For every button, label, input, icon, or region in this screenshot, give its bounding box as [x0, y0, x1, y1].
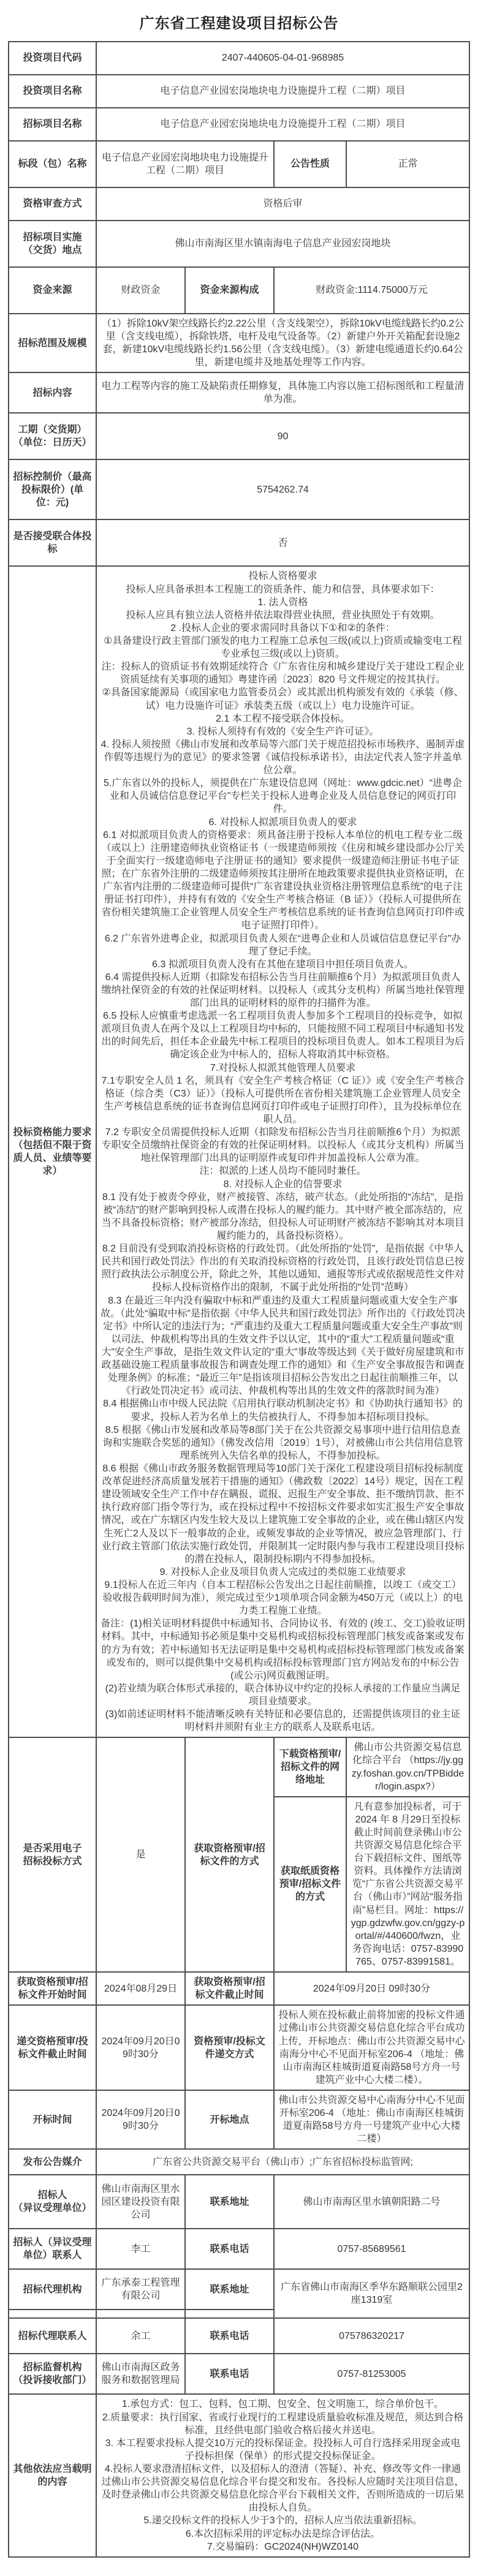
value-bid-submission-deadline: 2024年09月20日09时30分 — [96, 2005, 185, 2090]
value-control-price: 5754262.74 — [96, 459, 469, 519]
value-duration: 90 — [96, 413, 469, 459]
value-tender-name: 电子信息产业园宏岗地块电力设施提升工程（二期）项目 — [96, 108, 469, 141]
value-agency: 广东承泰工程管理有限公司 — [96, 2269, 185, 2310]
label-bid-opening-time: 开标时间 — [9, 2090, 96, 2149]
value-fund-source: 财政资金 — [96, 267, 185, 314]
value-location: 佛山市南海区里水镇南海电子信息产业园宏岗地块 — [96, 221, 469, 267]
value-tender-content: 电力工程等内容的施工及缺陷责任期修复，具体施工内容以施工招标图纸和工程量清单为准… — [96, 372, 469, 413]
value-notice-nature: 正常 — [346, 141, 469, 187]
row-section-name: 标段（包）名称 电子信息产业园宏岗地块电力设施提升工程（二期）项目 公告性质 正… — [9, 141, 469, 187]
value-investment-name: 电子信息产业园宏岗地块电力设施提升工程（二期）项目 — [96, 75, 469, 108]
label-bid-submission-deadline: 递交资格预审/投标文件截止时间 — [9, 2005, 96, 2090]
value-paper-document-method: 凡有意参加投标者，可于 2024 年 8 月29日至投标截止时间前登录佛山市公共… — [346, 1797, 469, 1972]
label-submission-method: 资格预审/投标文件递交方式 — [185, 2005, 274, 2090]
value-supervisor-phone: 0757-81253005 — [274, 2354, 469, 2394]
row-qualification-review: 资格审查方式 资格后审 — [9, 187, 469, 221]
value-bid-opening-time: 2024年09月20日09时30分 — [96, 2090, 185, 2149]
row-bid-submission: 递交资格预审/投标文件截止时间 2024年09月20日09时30分 资格预审/投… — [9, 2005, 469, 2090]
label-agency: 招标代理机构 — [9, 2269, 96, 2310]
label-tenderer-phone: 联系电话 — [185, 2229, 274, 2269]
value-bid-opening-place: 佛山市公共资源交易中心南海分中心不见面开标室206-4 （地址：佛山市南海区桂城… — [274, 2090, 469, 2149]
label-location: 招标项目实施 （交货）地点 — [9, 221, 96, 267]
label-supervisor-phone: 联系电话 — [185, 2354, 274, 2394]
label-paper-document-method: 获取纸质资格预审/招标文件的方式 — [274, 1797, 346, 1972]
label-tender-content: 招标内容 — [9, 372, 96, 413]
row-announcement-media: 发布公告媒介 广东省公共资源交易平台（佛山市）;广东省招标投标监管网; — [9, 2149, 469, 2175]
row-location: 招标项目实施 （交货）地点 佛山市南海区里水镇南海电子信息产业园宏岗地块 — [9, 221, 469, 267]
value-agency-address: 广东省佛山市南海区季华东路顺联公园里2座1319室 — [274, 2269, 469, 2318]
label-e-tender: 是否采用电子 招标投标方式 — [9, 1737, 96, 1972]
row-consortium: 是否接受联合体投标 否 — [9, 519, 469, 566]
label-bid-opening-place: 开标地点 — [185, 2090, 274, 2149]
page-title: 广东省工程建设项目招标公告 — [0, 0, 478, 41]
value-e-tender: 是 — [96, 1737, 185, 1972]
row-agency: 招标代理机构 广东承泰工程管理有限公司 联系地址 广东省佛山市南海区季华东路顺联… — [9, 2269, 469, 2310]
row-supervisor: 招标监督机构 （投诉接收部门） 佛山市南海区政务服务和数据管理局 联系电话 07… — [9, 2354, 469, 2394]
label-tenderer: 招标人 （异议受理单位） — [9, 2175, 96, 2229]
row-scope: 招标范围及规模 （1）拆除10kV架空线路长约2.22公里（含支线架空），拆除1… — [9, 314, 469, 372]
value-submission-method: 投标人须在投标截止前将加密的投标文件通过佛山市公共资源交易信息化综合平台成功上传… — [274, 2005, 469, 2090]
row-agency-contact: 招标代理联系人 余工 联系电话 075786320217 — [9, 2318, 469, 2354]
row-control-price: 招标控制价（最高投标限价）(单位：元) 5754262.74 — [9, 459, 469, 519]
label-document-deadline: 获取资格预审/招标文件截止时间 — [185, 1972, 274, 2005]
label-section-name: 标段（包）名称 — [9, 141, 96, 187]
spacer-cell — [185, 2310, 274, 2318]
label-investment-name: 投资项目名称 — [9, 75, 96, 108]
label-announcement-media: 发布公告媒介 — [9, 2149, 96, 2175]
label-document-obtain-method: 获取资格预审/招标文件的方式 — [185, 1737, 274, 1972]
value-tenderer: 佛山市南海区里水园区建设投资有限公司 — [96, 2175, 185, 2229]
row-e-tender: 是否采用电子 招标投标方式 是 获取资格预审/招标文件的方式 下载资格预审/招标… — [9, 1737, 469, 1796]
value-tenderer-address: 佛山市南海区里水镇朝阳路二号 — [274, 2175, 469, 2229]
row-tender-name: 招标项目名称 电子信息产业园宏岗地块电力设施提升工程（二期）项目 — [9, 108, 469, 141]
label-fund-composition: 资金来源构成 — [185, 267, 274, 314]
label-fund-source: 资金来源 — [9, 267, 96, 314]
label-consortium: 是否接受联合体投标 — [9, 519, 96, 566]
value-other-content: 1.承包方式：包工、包料、包工期、包安全、包文明施工，综合单价包干。 2.质量要… — [96, 2394, 469, 2556]
label-qualification-review: 资格审查方式 — [9, 187, 96, 221]
label-supervisor: 招标监督机构 （投诉接收部门） — [9, 2354, 96, 2394]
row-tenderer: 招标人 （异议受理单位） 佛山市南海区里水园区建设投资有限公司 联系地址 佛山市… — [9, 2175, 469, 2229]
label-document-start-time: 获取资格预审/招标文件开始时间 — [9, 1972, 96, 2005]
value-qualification-review: 资格后审 — [96, 187, 469, 221]
label-tender-name: 招标项目名称 — [9, 108, 96, 141]
row-tender-content: 招标内容 电力工程等内容的施工及缺陷责任期修复，具体施工内容以施工招标图纸和工程… — [9, 372, 469, 413]
label-download-address: 下载资格预审/招标文件的网络地址 — [274, 1737, 346, 1796]
row-project-code: 投资项目代码 2407-440605-04-01-968985 — [9, 42, 469, 75]
label-control-price: 招标控制价（最高投标限价）(单位：元) — [9, 459, 96, 519]
label-tenderer-contact: 招标人（异议受理单位）联系人 — [9, 2229, 96, 2269]
label-other-content: 其他依法应当载明的内容 — [9, 2394, 96, 2556]
row-bid-opening: 开标时间 2024年09月20日09时30分 开标地点 佛山市公共资源交易中心南… — [9, 2090, 469, 2149]
label-bidder-qualification: 投标资格能力要求（包括但不限于资质人员、业绩等要求） — [9, 566, 96, 1737]
value-fund-composition: 财政资金:1114.75000万元 — [274, 267, 469, 314]
value-download-address: 佛山市公共资源交易信息化综合平台 （https://jy.ggzy.foshan… — [346, 1737, 469, 1796]
row-investment-name: 投资项目名称 电子信息产业园宏岗地块电力设施提升工程（二期）项目 — [9, 75, 469, 108]
spacer-cell — [9, 2310, 96, 2318]
label-project-code: 投资项目代码 — [9, 42, 96, 75]
row-document-obtain-time: 获取资格预审/招标文件开始时间 2024年08月29日 获取资格预审/招标文件截… — [9, 1972, 469, 2005]
row-bidder-qualification: 投标资格能力要求（包括但不限于资质人员、业绩等要求） 投标人资格要求 投标人应具… — [9, 566, 469, 1737]
label-scope: 招标范围及规模 — [9, 314, 96, 372]
label-agency-contact: 招标代理联系人 — [9, 2318, 96, 2354]
label-agency-address: 联系地址 — [185, 2269, 274, 2310]
label-tenderer-address: 联系地址 — [185, 2175, 274, 2229]
row-other-content: 其他依法应当载明的内容 1.承包方式：包工、包料、包工期、包安全、包文明施工，综… — [9, 2394, 469, 2556]
row-tenderer-contact: 招标人（异议受理单位）联系人 李工 联系电话 0757-85689561 — [9, 2229, 469, 2269]
value-tenderer-contact: 李工 — [96, 2229, 185, 2269]
value-agency-phone: 075786320217 — [274, 2318, 469, 2354]
value-supervisor: 佛山市南海区政务服务和数据管理局 — [96, 2354, 185, 2394]
row-fund-source: 资金来源 财政资金 资金来源构成 财政资金:1114.75000万元 — [9, 267, 469, 314]
row-duration: 工期（交货期） （单位：日历天） 90 — [9, 413, 469, 459]
value-document-deadline: 2024年09月20日 09时30分 — [274, 1972, 469, 2005]
value-section-name: 电子信息产业园宏岗地块电力设施提升工程（二期）项目 — [96, 141, 274, 187]
value-consortium: 否 — [96, 519, 469, 566]
value-scope: （1）拆除10kV架空线路长约2.22公里（含支线架空），拆除10kV电缆线路长… — [96, 314, 469, 372]
label-notice-nature: 公告性质 — [274, 141, 346, 187]
value-tenderer-phone: 0757-85689561 — [274, 2229, 469, 2269]
tender-announcement-table: 投资项目代码 2407-440605-04-01-968985 投资项目名称 电… — [8, 41, 470, 2558]
value-announcement-media: 广东省公共资源交易平台（佛山市）;广东省招标投标监管网; — [96, 2149, 469, 2175]
value-project-code: 2407-440605-04-01-968985 — [96, 42, 469, 75]
label-agency-phone: 联系电话 — [185, 2318, 274, 2354]
value-document-start-time: 2024年08月29日 — [96, 1972, 185, 2005]
value-agency-contact: 余工 — [96, 2318, 185, 2354]
label-duration: 工期（交货期） （单位：日历天） — [9, 413, 96, 459]
spacer-cell — [96, 2310, 185, 2318]
value-bidder-qualification: 投标人资格要求 投标人应具备承担本工程施工的资质条件、能力和信誉，具体要求如下：… — [96, 566, 469, 1737]
